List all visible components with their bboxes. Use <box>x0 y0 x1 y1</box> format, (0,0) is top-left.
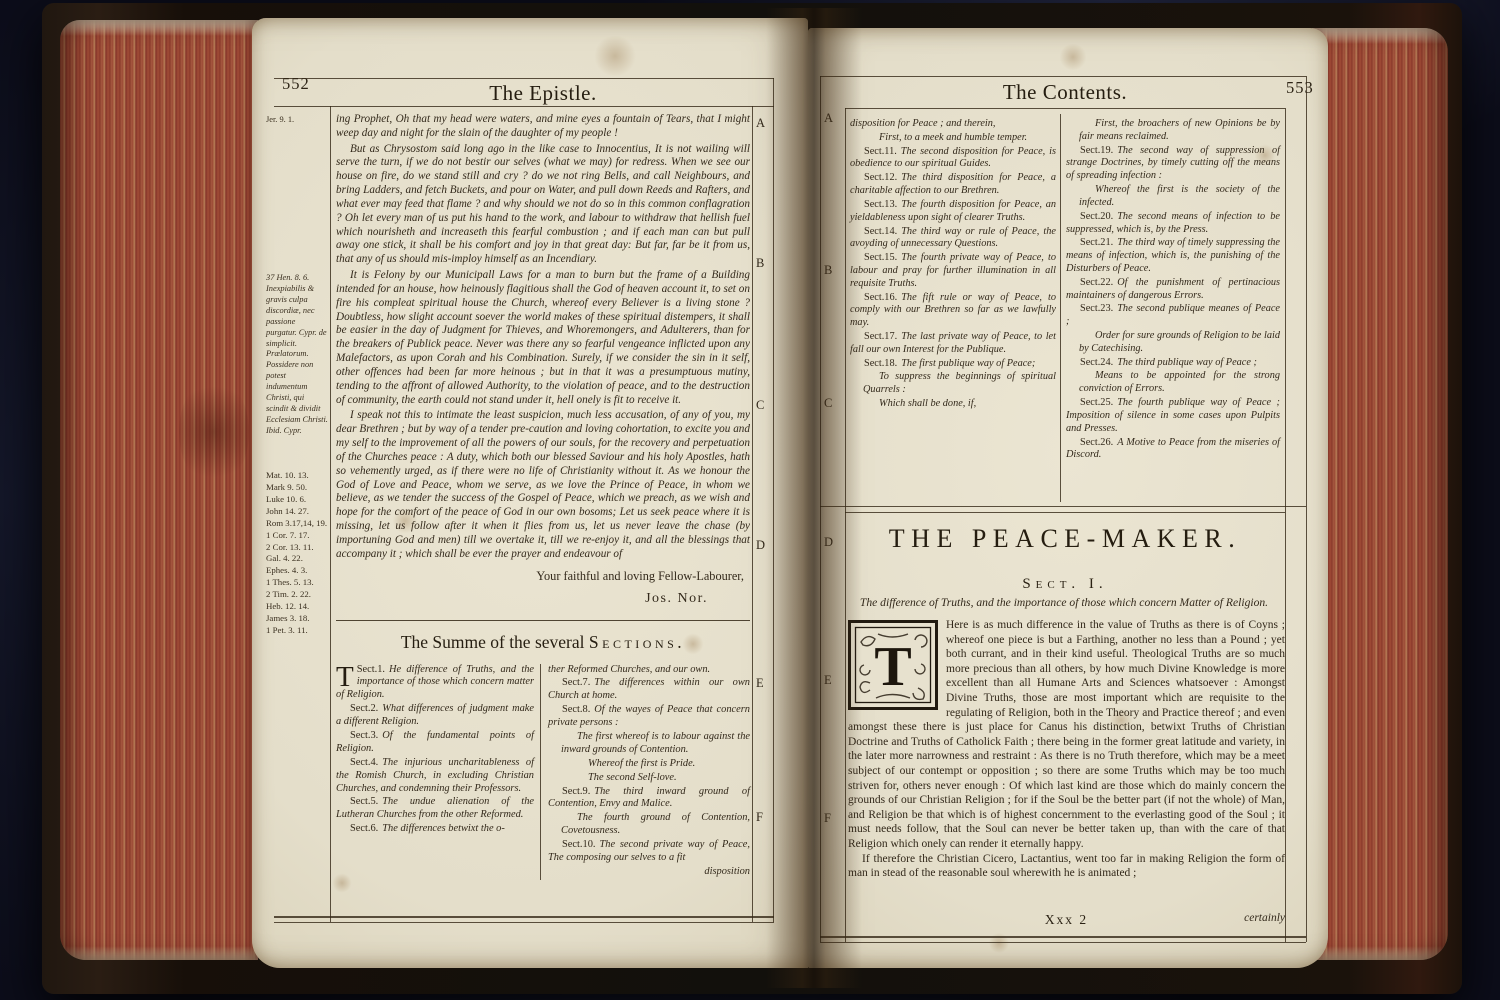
section-label: Sect.6. <box>350 823 378 834</box>
contents-entry: Means to be appointed for the strong con… <box>1066 370 1280 396</box>
section-entry: Sect.6.The differences betwixt the o- <box>336 823 534 836</box>
contents-label: Sect.13. <box>864 199 897 210</box>
contents-label: Sect.23. <box>1080 303 1113 314</box>
column-letter: E <box>756 676 764 691</box>
contents-label: Sect.24. <box>1080 357 1113 368</box>
column-letter: B <box>756 256 764 271</box>
contents-label: Sect.18. <box>864 358 897 369</box>
page-number-552: 552 <box>282 74 310 94</box>
contents-entry: Sect.12.The third disposition for Peace,… <box>850 172 1056 198</box>
contents-entry: Sect.19.The second way of suppression of… <box>1066 145 1280 183</box>
contents-text: First, to a meek and humble temper. <box>879 132 1027 143</box>
contents-entry: Sect.21.The third way of timely suppress… <box>1066 237 1280 275</box>
epistle-text-column: ing Prophet, Oh that my head were waters… <box>336 113 750 880</box>
section-text: ther Reformed Churches, and our own. <box>548 664 710 675</box>
section-label: Sect.1. <box>357 664 385 675</box>
rule-outer-right <box>773 78 774 922</box>
valediction: Your faithful and loving Fellow-Labourer… <box>336 569 750 584</box>
contents-entry: Sect.14.The third way or rule of Peace, … <box>850 226 1056 252</box>
section-divider-rule <box>336 620 750 621</box>
contents-column-1: disposition for Peace ; and therein, Fir… <box>850 118 1056 412</box>
contents-entry: To suppress the beginnings of spiritual … <box>850 371 1056 397</box>
column-letter: A <box>756 116 765 131</box>
contents-text: Which shall be done, if, <box>879 398 976 409</box>
section-entry: Sect.4.The injurious uncharitableness of… <box>336 757 534 796</box>
page-footer: Xxx 2 certainly <box>848 912 1285 930</box>
epistle-paragraph: It is Felony by our Municipall Laws for … <box>336 269 750 407</box>
scripture-reference: Rom 3.17,14, 19. <box>266 518 330 529</box>
scripture-reference: Ephes. 4. 3. <box>266 565 330 576</box>
section-label: Sect.4. <box>350 757 378 768</box>
contents-label: Sect.25. <box>1080 397 1113 408</box>
scripture-reference: Mark 9. 50. <box>266 482 330 493</box>
woodcut-initial-T: T <box>848 620 938 710</box>
margin-scripture-references: Mat. 10. 13.Mark 9. 50.Luke 10. 6.John 1… <box>266 470 330 637</box>
contents-label: Sect.22. <box>1080 277 1113 288</box>
contents-entry: Sect.15.The fourth private way of Peace,… <box>850 252 1056 290</box>
contents-entry: First, to a meek and humble temper. <box>850 132 1056 145</box>
contents-entry: Sect.11.The second disposition for Peace… <box>850 146 1056 172</box>
contents-text: disposition for Peace ; and therein, <box>850 118 995 129</box>
svg-text:T: T <box>874 636 911 698</box>
contents-entry: Order for sure grounds of Religion to be… <box>1066 330 1280 356</box>
section-text: Whereof the first is Pride. <box>588 758 695 769</box>
column-letter: E <box>824 673 832 688</box>
section-text: The differences betwixt the o- <box>382 823 505 834</box>
column-letter: C <box>756 398 764 413</box>
peacemaker-title: THE PEACE-MAKER. <box>845 524 1285 554</box>
contents-entry: Sect.16.The fift rule or way of Peace, t… <box>850 292 1056 330</box>
rule-outer-right <box>1306 76 1307 942</box>
contents-text: First, the broachers of new Opinions be … <box>1079 118 1280 142</box>
contents-entry: Sect.17.The last private way of Peace, t… <box>850 331 1056 357</box>
peacemaker-section-heading: Sect. I. <box>845 576 1285 593</box>
margin-note-jeremiah: Jer. 9. 1. <box>266 115 328 126</box>
contents-label: Sect.20. <box>1080 211 1113 222</box>
contents-entry: Sect.20.The second means of infection to… <box>1066 211 1280 237</box>
running-title-epistle: The Epistle. <box>336 81 750 106</box>
rule-letter-column <box>752 106 753 922</box>
section-entry: Whereof the first is Pride. <box>548 758 750 771</box>
bottom-rule-2 <box>274 922 774 923</box>
section-label: Sect.8. <box>562 704 590 715</box>
section-entry: Sect.8.Of the wayes of Peace that concer… <box>548 704 750 730</box>
header-rule-top <box>274 78 774 79</box>
contents-entry: Sect.24.The third publique way of Peace … <box>1066 357 1280 370</box>
contents-entry: First, the broachers of new Opinions be … <box>1066 118 1280 144</box>
margin-note-cyprian: 37 Hen. 8. 6. Inexpiabilis & gravis culp… <box>266 273 328 437</box>
section-label: Sect.5. <box>350 796 378 807</box>
rule-margin-column <box>330 106 331 922</box>
section-entry: The fourth ground of Contention, Covetou… <box>548 812 750 838</box>
contents-entry: Whereof the first is the society of the … <box>1066 184 1280 210</box>
running-title-contents: The Contents. <box>845 80 1285 105</box>
section-entry: The first whereof is to labour against t… <box>548 731 750 757</box>
bottom-rule <box>274 916 774 918</box>
catchword: certainly <box>1244 912 1285 924</box>
contents-text: To suppress the beginnings of spiritual … <box>863 371 1056 395</box>
bottom-rule-2 <box>820 942 1306 943</box>
section-entry: Sect.2.What differences of judgment make… <box>336 703 534 729</box>
section-entry-1: Sect.1.THe difference of Truths, and the… <box>336 664 534 703</box>
contents-label: Sect.12. <box>864 172 897 183</box>
section-text: The first whereof is to labour against t… <box>561 731 750 755</box>
sections-column-2: ther Reformed Churches, and our own. Sec… <box>540 664 750 880</box>
summe-heading-sections: Sections. <box>589 632 685 652</box>
contents-label: Sect.17. <box>864 331 897 342</box>
contents-label: Sect.11. <box>864 146 897 157</box>
column-letter: A <box>824 111 833 126</box>
section-entry: Sect.10.The second private way of Peace,… <box>548 839 750 865</box>
scripture-reference: Luke 10. 6. <box>266 494 330 505</box>
header-rule-bottom <box>845 108 1285 109</box>
peacemaker-rule-top-2 <box>845 512 1285 513</box>
right-fore-edge <box>1312 28 1448 960</box>
bottom-rule <box>820 936 1306 938</box>
foxing-spot <box>592 36 638 76</box>
right-page: The Contents. 553 A B C D E F dispositio… <box>808 28 1328 968</box>
rule-contents-divider <box>1060 114 1061 502</box>
section-entry: disposition <box>548 866 750 879</box>
column-letter: D <box>824 535 833 550</box>
photograph-of-open-book: 552 The Epistle. A B C D E F Jer. 9. 1. … <box>0 0 1500 1000</box>
foxing-spot <box>1058 44 1088 70</box>
epistle-paragraph: But as Chrysostom said long ago in the l… <box>336 143 750 267</box>
section-text: disposition <box>704 866 750 877</box>
scripture-reference: 1 Cor. 7. 17. <box>266 530 330 541</box>
peacemaker-body: T Here is as much difference in the valu… <box>848 618 1285 881</box>
contents-text: Whereof the first is the society of the … <box>1079 184 1280 208</box>
rule-main-right <box>1285 108 1286 942</box>
left-page: 552 The Epistle. A B C D E F Jer. 9. 1. … <box>252 18 808 968</box>
column-letter: D <box>756 538 765 553</box>
column-letter: B <box>824 263 832 278</box>
peacemaker-subtitle: The difference of Truths, and the import… <box>838 596 1290 609</box>
contents-entry: Sect.26.A Motive to Peace from the miser… <box>1066 437 1280 463</box>
author-signature: Jos. Nor. <box>336 590 750 607</box>
column-letter: F <box>756 810 763 825</box>
epistle-paragraph: I speak not this to intimate the least s… <box>336 409 750 561</box>
column-letter: C <box>824 396 832 411</box>
contents-entry: Which shall be done, if, <box>850 398 1056 411</box>
contents-text: Order for sure grounds of Religion to be… <box>1079 330 1280 354</box>
peacemaker-rule-top <box>820 506 1306 507</box>
section-entry: Sect.7.The differences within our own Ch… <box>548 677 750 703</box>
dropcap-T: T <box>336 664 357 689</box>
contents-entry: Sect.25.The fourth publique way of Peace… <box>1066 397 1280 435</box>
section-label: Sect.3. <box>350 730 378 741</box>
scripture-reference: Mat. 10. 13. <box>266 470 330 481</box>
page-number-553: 553 <box>1286 78 1314 98</box>
section-label: Sect.10. <box>562 839 595 850</box>
sections-summary-columns: Sect.1.THe difference of Truths, and the… <box>336 664 750 880</box>
contents-column-2: First, the broachers of new Opinions be … <box>1066 118 1280 463</box>
section-entry: Sect.5.The undue alienation of the Luthe… <box>336 796 534 822</box>
scripture-reference: Heb. 12. 14. <box>266 601 330 612</box>
scripture-reference: 1 Thes. 5. 13. <box>266 577 330 588</box>
gathering-signature-mark: Xxx 2 <box>848 912 1285 928</box>
contents-label: Sect.14. <box>864 226 897 237</box>
contents-entry: Sect.18.The first publique way of Peace; <box>850 358 1056 371</box>
contents-entry: disposition for Peace ; and therein, <box>850 118 1056 131</box>
section-text: The second Self-love. <box>588 772 677 783</box>
summe-heading: The Summe of the several Sections. <box>336 632 750 654</box>
contents-label: Sect.15. <box>864 252 897 263</box>
contents-label: Sect.21. <box>1080 237 1113 248</box>
contents-label: Sect.26. <box>1080 437 1113 448</box>
contents-text: The third publique way of Peace ; <box>1117 357 1257 368</box>
left-fore-edge <box>60 20 258 960</box>
epistle-paragraph: ing Prophet, Oh that my head were waters… <box>336 113 750 141</box>
contents-entry: Sect.22.Of the punishment of pertinaciou… <box>1066 277 1280 303</box>
section-label: Sect.2. <box>350 703 378 714</box>
section-entry: Sect.9.The third inward ground of Conten… <box>548 786 750 812</box>
scripture-reference: Gal. 4. 22. <box>266 553 330 564</box>
rule-outer-left <box>820 76 821 942</box>
peacemaker-paragraph-2: If therefore the Christian Cicero, Lacta… <box>848 852 1285 881</box>
scripture-reference: 2 Tim. 2. 22. <box>266 589 330 600</box>
contents-label: Sect.16. <box>864 292 897 303</box>
contents-text: The first publique way of Peace; <box>901 358 1035 369</box>
section-entry: ther Reformed Churches, and our own. <box>548 664 750 677</box>
header-rule-bottom <box>274 106 774 107</box>
section-entry: The second Self-love. <box>548 772 750 785</box>
sections-column-1: Sect.1.THe difference of Truths, and the… <box>336 664 540 880</box>
scripture-reference: 2 Cor. 13. 11. <box>266 542 330 553</box>
scripture-reference: John 14. 27. <box>266 506 330 517</box>
header-rule-top <box>820 76 1306 77</box>
column-letter: F <box>824 811 831 826</box>
section-entry: Sect.3.Of the fundamental points of Reli… <box>336 730 534 756</box>
section-text: The fourth ground of Contention, Covetou… <box>561 812 750 836</box>
contents-text: Means to be appointed for the strong con… <box>1079 370 1280 394</box>
contents-entry: Sect.13.The fourth disposition for Peace… <box>850 199 1056 225</box>
section-label: Sect.7. <box>562 677 590 688</box>
contents-entry: Sect.23.The second publique meanes of Pe… <box>1066 303 1280 329</box>
scripture-reference: 1 Pet. 3. 11. <box>266 625 330 636</box>
summe-heading-lead: The Summe of the several <box>401 632 585 652</box>
contents-label: Sect.19. <box>1080 145 1113 156</box>
section-label: Sect.9. <box>562 786 590 797</box>
scripture-reference: James 3. 18. <box>266 613 330 624</box>
